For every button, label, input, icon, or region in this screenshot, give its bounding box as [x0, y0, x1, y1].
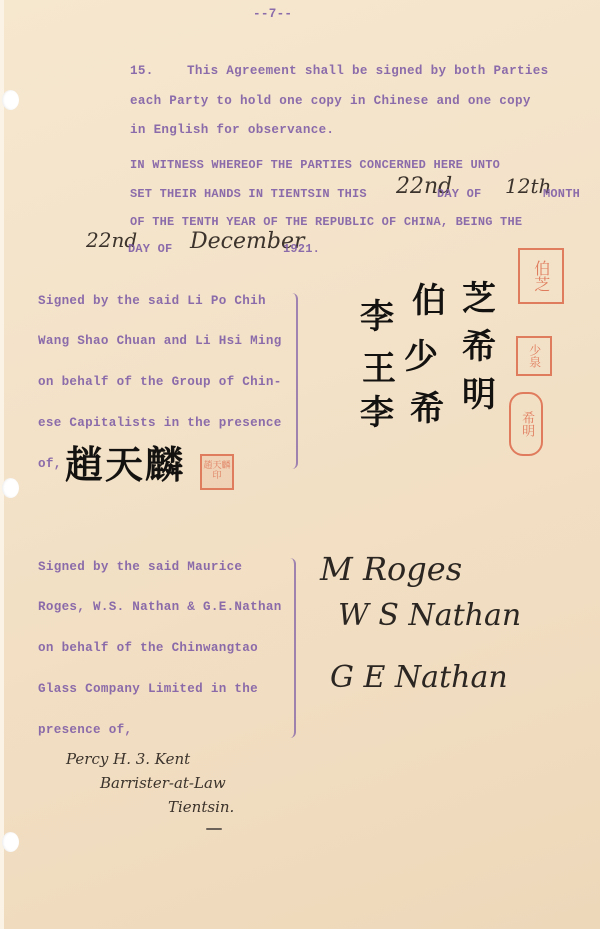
- seal-ximing: 希明: [509, 392, 543, 456]
- witness-text: DAY OF: [128, 242, 172, 256]
- page-number: --7--: [253, 7, 292, 21]
- chinese-signature-char: 希: [410, 392, 444, 426]
- pen-mark: [206, 828, 222, 830]
- chinese-signature-char: 李: [360, 396, 394, 430]
- chinese-signature-char: 伯: [412, 284, 446, 318]
- witness-line: SET THEIR HANDS IN TIENTSIN THIS: [130, 187, 367, 201]
- clause-line: This Agreement shall be signed by both P…: [187, 64, 548, 78]
- witness-signature-line: Tientsin.: [168, 798, 234, 816]
- punch-hole: [2, 90, 19, 110]
- punch-hole: [2, 478, 19, 498]
- brace: [290, 293, 298, 469]
- signing-line: of,: [38, 457, 62, 471]
- signing-line: Signed by the said Maurice: [38, 560, 242, 574]
- clause-line: in English for observance.: [130, 123, 334, 137]
- clause-line: each Party to hold one copy in Chinese a…: [130, 94, 531, 108]
- witness-signature-line: Percy H. 3. Kent: [66, 750, 190, 768]
- signature-ws-nathan: W S Nathan: [338, 598, 521, 633]
- signing-line: Signed by the said Li Po Chih: [38, 294, 266, 308]
- chinese-signature-char: 芝: [462, 282, 496, 316]
- signing-line: ese Capitalists in the presence: [38, 416, 282, 430]
- chinese-signature-char: 希: [462, 330, 496, 364]
- chinese-signature-char: 李: [360, 300, 394, 334]
- signing-line: on behalf of the Group of Chin-: [38, 375, 282, 389]
- signature-roges: M Roges: [320, 550, 462, 588]
- signing-line: Roges, W.S. Nathan & G.E.Nathan: [38, 600, 282, 614]
- witness-line: IN WITNESS WHEREOF THE PARTIES CONCERNED…: [130, 158, 500, 172]
- witness-signature-line: Barrister-at-Law: [100, 774, 226, 792]
- witness-seal: 趙天麟印: [200, 454, 234, 490]
- witness-text: 1921.: [283, 242, 320, 256]
- paper-edge: [0, 0, 4, 929]
- signing-line: Wang Shao Chuan and Li Hsi Ming: [38, 334, 282, 348]
- signing-line: Glass Company Limited in the: [38, 682, 258, 696]
- chinese-signature-char: 王: [362, 352, 396, 386]
- signature-ge-nathan: G E Nathan: [330, 660, 508, 695]
- clause-number: 15.: [130, 64, 154, 78]
- signing-line: presence of,: [38, 723, 132, 737]
- brace: [288, 558, 296, 738]
- witness-text: MONTH: [543, 187, 580, 201]
- seal-bozhi: 伯芝: [518, 248, 564, 304]
- signing-line: on behalf of the Chinwangtao: [38, 641, 258, 655]
- chinese-signature-char: 明: [462, 378, 496, 412]
- punch-hole: [2, 832, 19, 852]
- witness-chinese-signature: 趙天麟: [65, 446, 185, 484]
- chinese-signature-char: 少: [404, 340, 438, 374]
- seal-shaoquan: 少泉: [516, 336, 552, 376]
- witness-line: OF THE TENTH YEAR OF THE REPUBLIC OF CHI…: [130, 215, 522, 229]
- witness-text: DAY OF: [437, 187, 481, 201]
